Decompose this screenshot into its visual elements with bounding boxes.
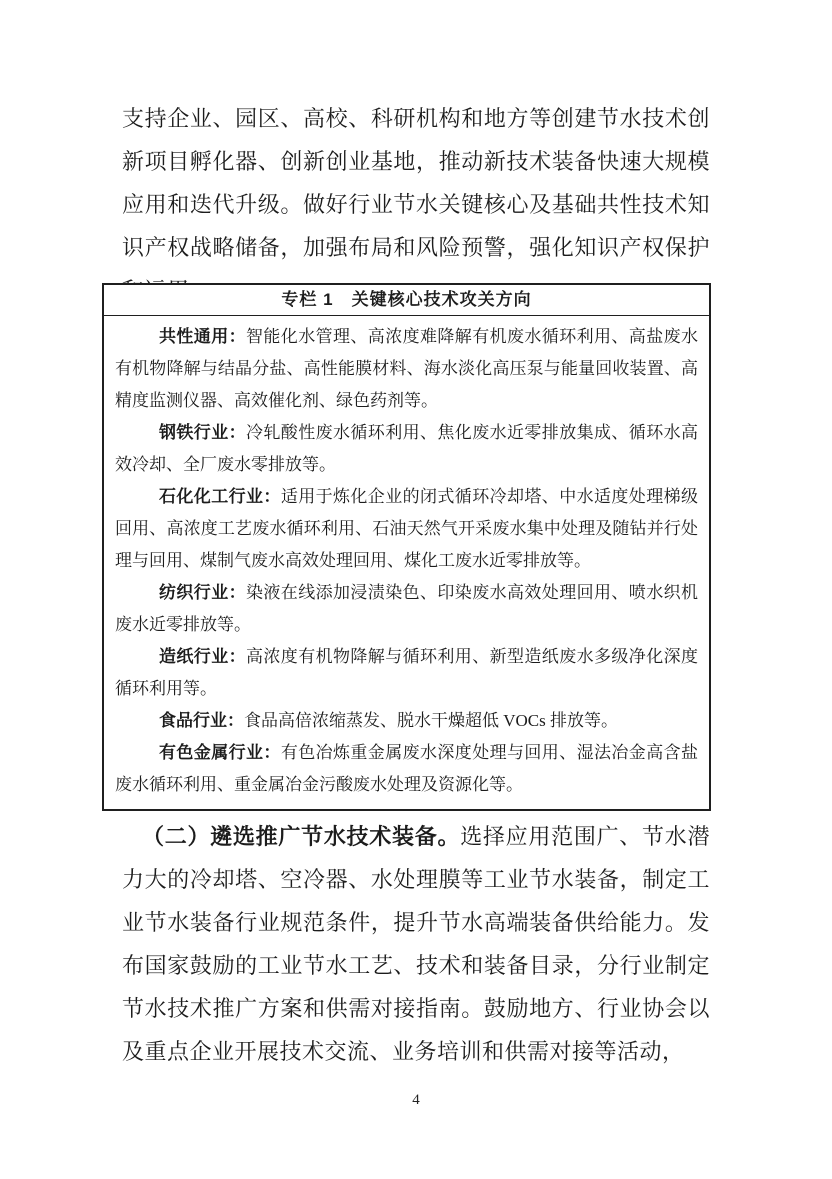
- callout-box: 专栏 1 关键核心技术攻关方向 共性通用：智能化水管理、高浓度难降解有机废水循环…: [102, 283, 711, 811]
- bottom-paragraph-text: 选择应用范围广、节水潜力大的冷却塔、空冷器、水处理膜等工业节水装备，制定工业节水…: [122, 824, 710, 1064]
- bottom-paragraph-lead: （二）遴选推广节水技术装备。: [142, 824, 460, 849]
- page-number: 4: [0, 1092, 832, 1109]
- callout-section-petrochemical: 石化化工行业：适用于炼化企业的闭式循环冷却塔、中水适度处理梯级回用、高浓度工艺废…: [115, 481, 698, 577]
- callout-section-label: 共性通用：: [159, 327, 246, 346]
- callout-section-food: 食品行业：食品高倍浓缩蒸发、脱水干燥超低 VOCs 排放等。: [115, 705, 698, 737]
- top-paragraph: 支持企业、园区、高校、科研机构和地方等创建节水技术创新项目孵化器、创新创业基地，…: [122, 97, 710, 312]
- callout-section-label: 食品行业：: [159, 711, 244, 730]
- callout-section-label: 钢铁行业：: [159, 423, 246, 442]
- callout-box-body: 共性通用：智能化水管理、高浓度难降解有机废水循环利用、高盐废水有机物降解与结晶分…: [104, 316, 709, 801]
- callout-section-text: 食品高倍浓缩蒸发、脱水干燥超低 VOCs 排放等。: [244, 711, 618, 730]
- callout-section-paper: 造纸行业：高浓度有机物降解与循环利用、新型造纸废水多级净化深度循环利用等。: [115, 641, 698, 705]
- document-page: 支持企业、园区、高校、科研机构和地方等创建节水技术创新项目孵化器、创新创业基地，…: [0, 0, 832, 1179]
- callout-section-label: 造纸行业：: [159, 647, 246, 666]
- bottom-paragraph: （二）遴选推广节水技术装备。选择应用范围广、节水潜力大的冷却塔、空冷器、水处理膜…: [122, 815, 710, 1073]
- callout-box-title: 专栏 1 关键核心技术攻关方向: [104, 285, 709, 316]
- callout-section-label: 有色金属行业：: [159, 743, 281, 762]
- callout-section-label: 纺织行业：: [159, 583, 246, 602]
- callout-section-nonferrous: 有色金属行业：有色冶炼重金属废水深度处理与回用、湿法冶金高含盐废水循环利用、重金…: [115, 737, 698, 801]
- callout-section-steel: 钢铁行业：冷轧酸性废水循环利用、焦化废水近零排放集成、循环水高效冷却、全厂废水零…: [115, 417, 698, 481]
- callout-section-common: 共性通用：智能化水管理、高浓度难降解有机废水循环利用、高盐废水有机物降解与结晶分…: [115, 321, 698, 417]
- callout-section-label: 石化化工行业：: [159, 487, 281, 506]
- callout-section-textile: 纺织行业：染液在线添加浸渍染色、印染废水高效处理回用、喷水织机废水近零排放等。: [115, 577, 698, 641]
